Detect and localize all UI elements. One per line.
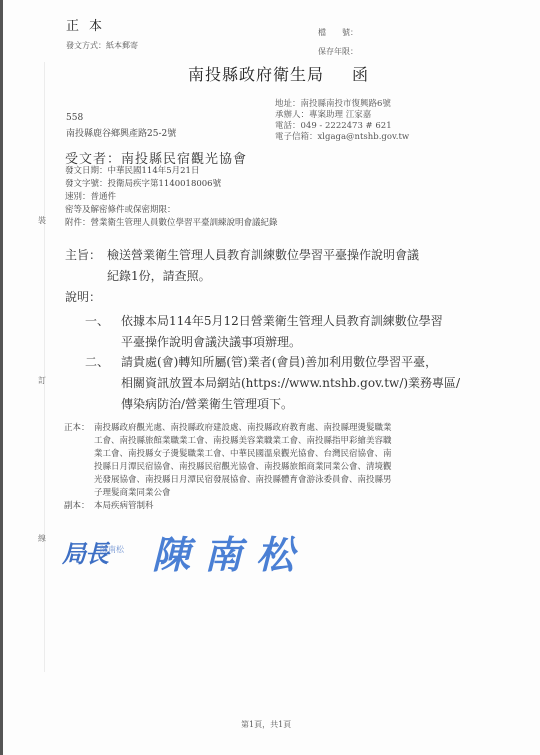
document-title: 南投縣政府衛生局函 (188, 62, 369, 85)
document-meta: 發文日期：中華民國114年5月21日 發文字號：投衛局疾字第1140018006… (65, 165, 278, 230)
urgency: 速別：普通件 (65, 191, 278, 204)
distribution-line: 業工會、南投縣女子燙髮職業工會、中華民國溫泉觀光協會、台灣民宿協會、南 (64, 448, 392, 461)
item-line: 請貴處(會)轉知所屬(管)業者(會員)善加利用數位學習平臺， (121, 355, 437, 369)
distribution-line: 南投縣政府觀光處、南投縣政府建設處、南投縣政府教育處、南投縣理燙髮職業 (94, 423, 392, 433)
classification: 密等及解密條件或保密期限： (65, 204, 278, 217)
distribution-copy: 副本：本局疾病管制科 (64, 500, 154, 513)
issuing-agency: 南投縣政府衛生局 (188, 65, 324, 84)
send-method: 發文方式：紙本郵寄 (66, 40, 138, 51)
subject: 主旨：檢送營業衛生管理人員教育訓練數位學習平臺操作說明會議 紀錄1份，請查照。 (65, 245, 525, 287)
margin-mark-line: 線 (38, 533, 46, 544)
sender-zip: 558 (66, 113, 83, 123)
explanation-item-1: 一、依據本局114年5月12日營業衛生管理人員教育訓練數位學習 平臺操作說明會議… (85, 311, 530, 353)
distribution-line: 工會、南投縣旅館業職業工會、南投縣美容業職業工會、南投縣指甲彩繪美容職 (64, 435, 392, 448)
phone: 電話：049 - 2222473 # 621 (275, 121, 409, 132)
document-number: 發文字號：投衛局疾字第1140018006號 (65, 178, 278, 191)
copy-recipient: 本局疾病管制科 (94, 501, 154, 511)
sender-address: 南投縣鹿谷鄉興產路25-2號 (66, 126, 176, 139)
copy-type: 正本 (66, 15, 112, 34)
item-number: 二、 (85, 352, 121, 373)
signature-small-name: 陳南松 (100, 544, 124, 555)
document-type: 函 (352, 65, 369, 84)
issue-date: 發文日期：中華民國114年5月21日 (65, 165, 278, 178)
item-line: 相關資訊放置本局網站(https://www.ntshb.gov.tw/)業務專… (85, 373, 530, 394)
subject-label: 主旨： (65, 245, 107, 266)
subject-line-1: 檢送營業衛生管理人員教育訓練數位學習平臺操作說明會議 (107, 248, 419, 262)
margin-mark-staple: 訂 (38, 375, 46, 386)
attachment: 附件：營業衛生管理人員數位學習平臺訓練說明會議紀錄 (65, 217, 278, 230)
item-line: 平臺操作說明會議決議事項辦理。 (85, 332, 530, 353)
original-label: 正本： (64, 422, 94, 435)
explanation-item-2: 二、請貴處(會)轉知所屬(管)業者(會員)善加利用數位學習平臺， 相關資訊放置本… (85, 352, 530, 415)
agency-address: 地址：南投縣南投市復興路6號 (275, 99, 409, 110)
handler: 承辦人：專案助理 江家嘉 (275, 110, 409, 121)
explanation-label: 說明： (65, 288, 101, 305)
item-line: 傳染病防治/營業衛生管理項下。 (85, 394, 530, 415)
contact-block: 地址：南投縣南投市復興路6號 承辦人：專案助理 江家嘉 電話：049 - 222… (275, 99, 409, 143)
item-line: 依據本局114年5月12日營業衛生管理人員教育訓練數位學習 (121, 314, 443, 328)
director-signature-stamp: 局長 陳南松 陳南松 (60, 520, 340, 580)
distribution-line: 子理髮商業同業公會 (64, 487, 392, 500)
distribution-line: 投縣日月潭民宿協會、南投縣民宿觀光協會、南投縣旅館商業同業公會、清境觀 (64, 461, 392, 474)
binding-line (44, 62, 45, 672)
retention-period-label: 保存年限： (318, 46, 358, 57)
archive-number-label: 檔 號： (318, 27, 358, 38)
email: 電子信箱：xlgaga@ntshb.gov.tw (275, 132, 409, 143)
page-number: 第1頁，共1頁 (241, 719, 291, 730)
signature-name: 陳南松 (152, 524, 308, 579)
official-letter-page: 正本 發文方式：紙本郵寄 檔 號： 保存年限： 南投縣政府衛生局函 558 南投… (0, 0, 540, 755)
margin-mark-binding: 裝 (38, 215, 46, 226)
scan-edge (0, 0, 3, 755)
item-number: 一、 (85, 311, 121, 332)
copy-label: 副本： (64, 500, 94, 513)
distribution-original: 正本：南投縣政府觀光處、南投縣政府建設處、南投縣政府教育處、南投縣理燙髮職業 工… (64, 422, 392, 500)
subject-line-2: 紀錄1份，請查照。 (65, 266, 525, 287)
distribution-line: 光發展協會、南投縣日月潭民宿發展協會、南投縣體育會游泳委員會、南投縣男 (64, 474, 392, 487)
